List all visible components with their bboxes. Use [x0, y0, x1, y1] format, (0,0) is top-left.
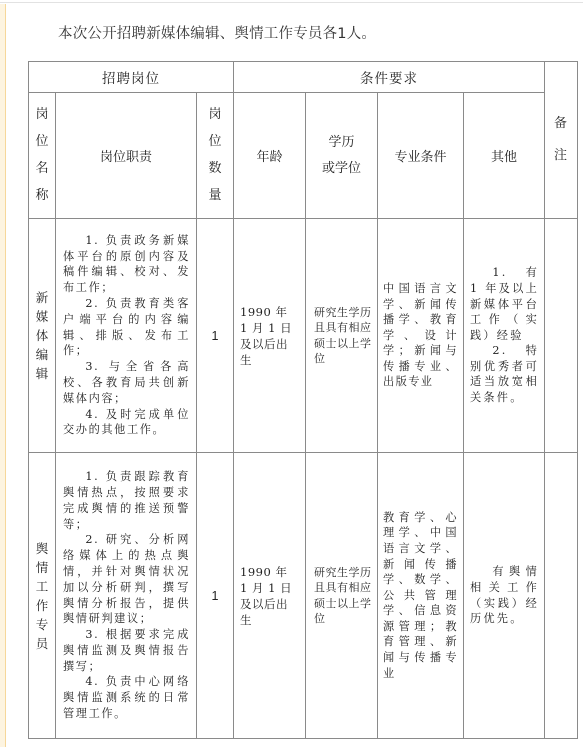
- header-char: 岗: [209, 106, 222, 124]
- header-position-group: 招聘岗位: [29, 62, 234, 93]
- header-degree: 学历 或学位: [306, 93, 378, 219]
- other-cell: 有舆情相关工作（实践）经历优先。: [464, 453, 545, 739]
- position-name-char: 体: [36, 327, 49, 344]
- duty-item: 3. 根据要求完成舆情监测及舆情报告撰写；: [63, 627, 190, 674]
- header-remark-char: 备: [554, 115, 568, 133]
- position-name-char: 新: [36, 289, 49, 306]
- other-cell: 1. 有 1 年及以上新媒体平台工作（实践）经验 2. 特别优秀者可适当放宽相关…: [464, 219, 545, 453]
- recruitment-table: 招聘岗位 条件要求 备 注 岗 位 名 称 岗位职责 岗 位 数 量: [28, 61, 578, 739]
- header-requirements-group: 条件要求: [234, 62, 545, 93]
- position-name-char: 媒: [36, 308, 49, 325]
- duty-item: 4. 负责中心网络舆情监测系统的日常管理工作。: [63, 674, 190, 721]
- position-name-char: 作: [36, 597, 49, 614]
- position-name-cell: 舆 情 工 作 专 员: [29, 453, 56, 739]
- header-char: 量: [209, 187, 222, 205]
- table-row: 新 媒 体 编 辑 1. 负责政务新媒体平台的原创内容及稿件编辑、校对、发布工作…: [29, 219, 578, 453]
- quantity-cell: 1: [197, 219, 234, 453]
- header-other: 其他: [464, 93, 545, 219]
- other-item: 有舆情相关工作（实践）经历优先。: [470, 564, 539, 626]
- header-quantity: 岗 位 数 量: [197, 93, 234, 219]
- position-name-char: 辑: [36, 365, 49, 382]
- header-position-name: 岗 位 名 称: [29, 93, 56, 219]
- age-cell: 1990 年 1 月 1 日及以后出生: [234, 219, 306, 453]
- column-header-row: 岗 位 名 称 岗位职责 岗 位 数 量 年龄 学历 或学位 专业条件 其他: [29, 93, 578, 219]
- position-name-char: 编: [36, 346, 49, 363]
- header-degree-line: 学历: [306, 130, 377, 156]
- top-divider: [0, 2, 583, 3]
- header-age: 年龄: [234, 93, 306, 219]
- header-remark-char: 注: [554, 147, 568, 165]
- age-cell: 1990 年 1 月 1 日及以后出生: [234, 453, 306, 739]
- major-cell: 中国语言文学、新闻传播学、教育学、设计学；新闻与传播专业、出版专业: [378, 219, 464, 453]
- position-name-cell: 新 媒 体 编 辑: [29, 219, 56, 453]
- degree-cell: 研究生学历且具有相应硕士以上学位: [306, 219, 378, 453]
- quantity-cell: 1: [197, 453, 234, 739]
- intro-paragraph: 本次公开招聘新媒体编辑、舆情工作专员各1人。: [58, 22, 376, 43]
- duty-item: 1. 负责跟踪教育舆情热点，按照要求完成舆情的推送预警等；: [63, 469, 190, 532]
- duties-cell: 1. 负责跟踪教育舆情热点，按照要求完成舆情的推送预警等； 2. 研究、分析网络…: [56, 453, 197, 739]
- other-item: 1. 有 1 年及以上新媒体平台工作（实践）经验: [470, 265, 539, 343]
- header-major: 专业条件: [378, 93, 464, 219]
- header-duties: 岗位职责: [56, 93, 197, 219]
- duty-item: 1. 负责政务新媒体平台的原创内容及稿件编辑、校对、发布工作；: [63, 233, 190, 296]
- duties-cell: 1. 负责政务新媒体平台的原创内容及稿件编辑、校对、发布工作； 2. 负责教育类…: [56, 219, 197, 453]
- position-name-char: 情: [36, 559, 49, 576]
- other-item: 2. 特别优秀者可适当放宽相关条件。: [470, 343, 539, 405]
- header-char: 名: [35, 160, 48, 178]
- degree-cell: 研究生学历且具有相应硕士以上学位: [306, 453, 378, 739]
- major-cell: 教育学、心理学、中国语言文学、新闻传播学、数学、公共管理学、信息资源管理；教育管…: [378, 453, 464, 739]
- position-name-char: 专: [36, 616, 49, 633]
- position-name-char: 舆: [36, 540, 49, 557]
- header-char: 称: [35, 187, 48, 205]
- duty-item: 2. 负责教育类客户端平台的内容编辑、排版、发布工作；: [63, 296, 190, 359]
- header-degree-line: 或学位: [306, 156, 377, 182]
- remark-cell: [545, 219, 578, 453]
- header-char: 数: [209, 160, 222, 178]
- table-row: 舆 情 工 作 专 员 1. 负责跟踪教育舆情热点，按照要求完成舆情的推送预警等…: [29, 453, 578, 739]
- position-name-char: 员: [36, 635, 49, 652]
- quote-accent-bar: [0, 4, 6, 747]
- duty-item: 2. 研究、分析网络媒体上的热点舆情，并针对舆情状况加以分析研判，撰写舆情分析报…: [63, 532, 190, 627]
- group-header-row: 招聘岗位 条件要求 备 注: [29, 62, 578, 93]
- header-char: 位: [35, 133, 48, 151]
- header-char: 岗: [35, 106, 48, 124]
- header-char: 位: [209, 133, 222, 151]
- remark-cell: [545, 453, 578, 739]
- duty-item: 4. 及时完成单位交办的其他工作。: [63, 407, 190, 439]
- duty-item: 3. 与全省各高校、各教育局共创新媒体内容；: [63, 359, 190, 406]
- position-name-char: 工: [36, 578, 49, 595]
- header-remark: 备 注: [545, 62, 578, 219]
